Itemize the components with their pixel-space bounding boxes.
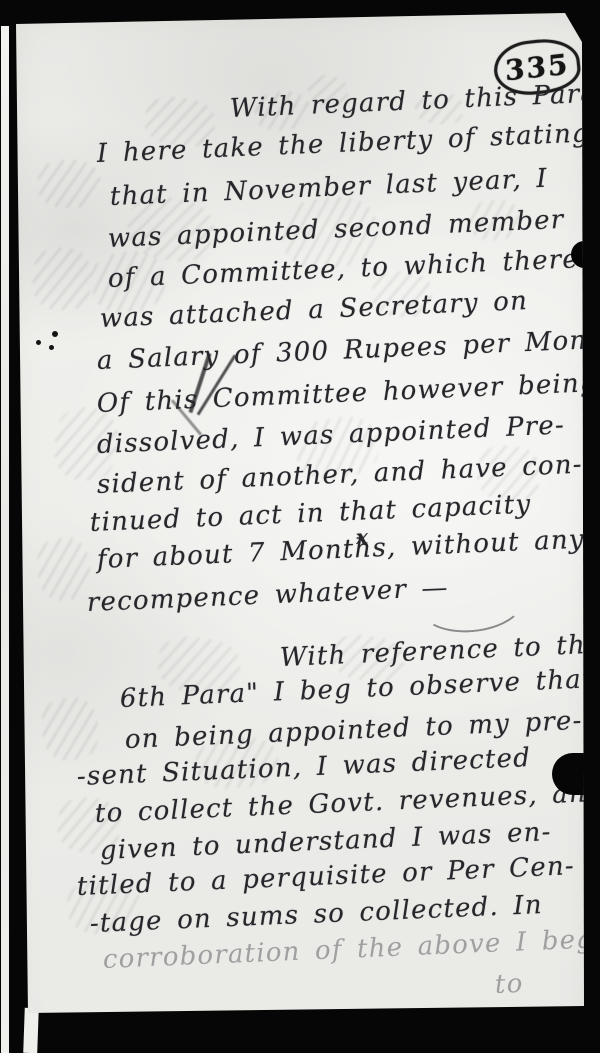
ink-dot xyxy=(36,340,41,345)
adjacent-page-edge-bottom xyxy=(23,1008,39,1053)
manuscript-line-8: Of this Committee however being xyxy=(96,370,598,418)
binding-notch-large xyxy=(552,753,588,795)
insertion-x-mark: x xyxy=(356,526,370,548)
manuscript-line-6: was attached a Secretary on xyxy=(99,288,528,333)
showthrough-smudge xyxy=(38,160,100,208)
ink-dot xyxy=(52,331,58,337)
manuscript-line-7: a Salary of 300 Rupees per Month. xyxy=(96,326,600,375)
catchword: to xyxy=(494,971,524,999)
scan-background: 335 With regard to this Para. I here tak… xyxy=(0,0,600,1053)
ink-dot xyxy=(49,345,54,350)
manuscript-line-1: With regard to this Para. xyxy=(229,80,600,123)
binding-notch-small xyxy=(571,241,593,268)
showthrough-smudge xyxy=(40,696,100,762)
showthrough-smudge xyxy=(35,536,92,602)
adjacent-page-edge-left xyxy=(1,26,9,1053)
showthrough-smudge xyxy=(31,246,93,312)
manuscript-page: 335 With regard to this Para. I here tak… xyxy=(0,0,600,1053)
manuscript-line-13: recompence whatever — xyxy=(86,575,449,617)
